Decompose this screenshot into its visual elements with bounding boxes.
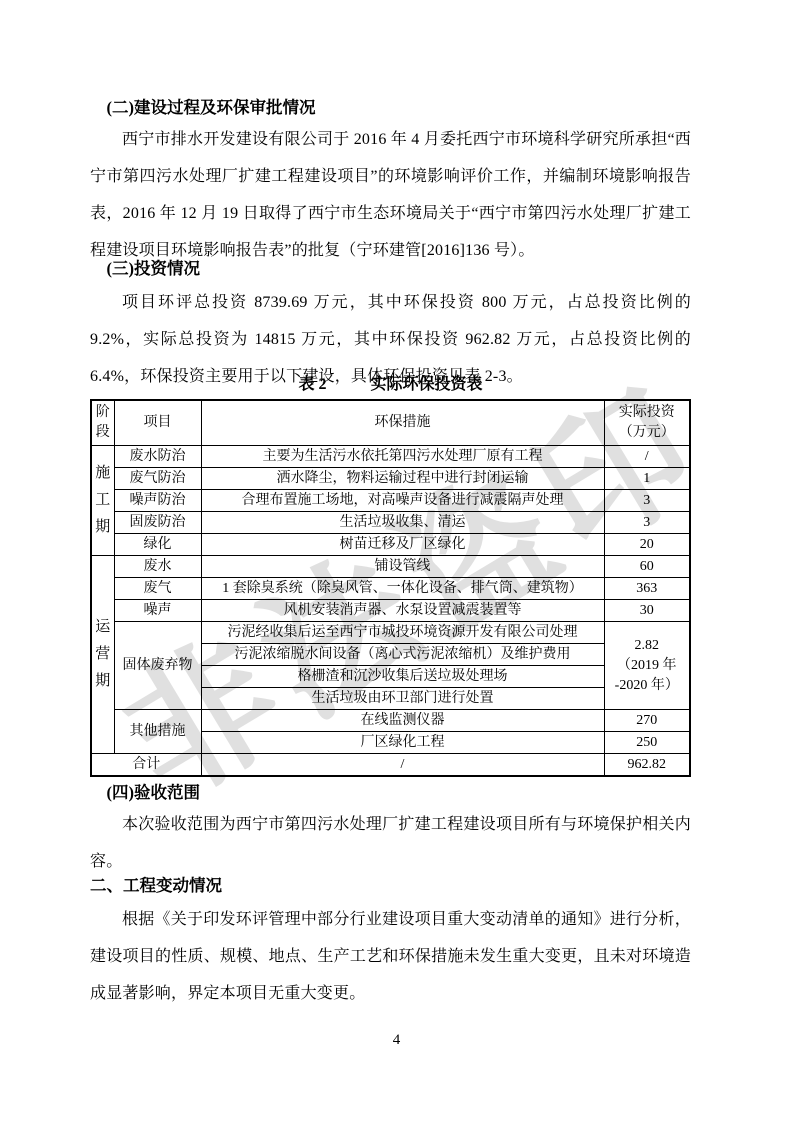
measure-cell: 污泥经收集后运至西宁市城投环境资源开发有限公司处理: [201, 622, 604, 644]
table-caption: 表 2实际环保投资表: [90, 374, 691, 396]
table-caption-label: 表 2: [298, 376, 326, 393]
table-row: 运营期 废水 铺设管线 60: [91, 556, 690, 578]
main-section-body-wrap: 根据《关于印发环评管理中部分行业建设项目重大变动清单的通知》进行分析，建设项目的…: [90, 901, 691, 1012]
table-header-row: 阶段 项目 环保措施 实际投资 （万元）: [91, 400, 690, 446]
section-3-heading-wrap: (三)投资情况: [90, 257, 691, 281]
table-row: 噪声 风机安装消声器、水泵设置减震装置等 30: [91, 600, 690, 622]
table-row: 废气防治 洒水降尘，物料运输过程中进行封闭运输 1: [91, 468, 690, 490]
investment-cell-solid-waste: 2.82 （2019 年 -2020 年）: [604, 622, 690, 710]
item-cell: 废水防治: [114, 446, 201, 468]
section-heading: (二)建设过程及环保审批情况: [90, 96, 691, 120]
main-section-heading-wrap: 二、工程变动情况: [90, 874, 691, 898]
item-cell: 废水: [114, 556, 201, 578]
header-cell-stage: 阶段: [91, 400, 114, 446]
table-total-row: 合计 / 962.82: [91, 754, 690, 777]
header-cell-investment: 实际投资 （万元）: [604, 400, 690, 446]
table-row: 绿化 树苗迁移及厂区绿化 20: [91, 534, 690, 556]
investment-table-wrap: 阶段 项目 环保措施 实际投资 （万元） 施工期 废水防治 主要为生活污水依托第…: [90, 399, 691, 777]
section-4-heading-wrap: (四)验收范围: [90, 781, 691, 805]
investment-table: 阶段 项目 环保措施 实际投资 （万元） 施工期 废水防治 主要为生活污水依托第…: [90, 399, 691, 777]
section-2-body-wrap: 西宁市排水开发建设有限公司于 2016 年 4 月委托西宁市环境科学研究所承担“…: [90, 121, 691, 269]
total-measure-cell: /: [201, 754, 604, 777]
measure-cell: 树苗迁移及厂区绿化: [201, 534, 604, 556]
table-row: 固体废弃物 污泥经收集后运至西宁市城投环境资源开发有限公司处理 2.82 （20…: [91, 622, 690, 644]
stage-label: 运营期: [95, 614, 111, 695]
measure-cell: 洒水降尘，物料运输过程中进行封闭运输: [201, 468, 604, 490]
total-label-cell: 合计: [91, 754, 201, 777]
table-row: 废气 1 套除臭系统（除臭风管、一体化设备、排气筒、建筑物） 363: [91, 578, 690, 600]
investment-cell: 3: [604, 490, 690, 512]
measure-cell: 生活垃圾收集、清运: [201, 512, 604, 534]
header-cell-measure: 环保措施: [201, 400, 604, 446]
stage-cell-construction: 施工期: [91, 446, 114, 556]
section-heading: (四)验收范围: [90, 781, 691, 805]
table-row: 噪声防治 合理布置施工场地，对高噪声设备进行减震隔声处理 3: [91, 490, 690, 512]
measure-cell: 格栅渣和沉沙收集后送垃圾处理场: [201, 666, 604, 688]
table-row: 固废防治 生活垃圾收集、清运 3: [91, 512, 690, 534]
investment-cell: 363: [604, 578, 690, 600]
section-heading: 二、工程变动情况: [90, 874, 691, 898]
stage-cell-operation: 运营期: [91, 556, 114, 754]
section-4-body-wrap: 本次验收范围为西宁市第四污水处理厂扩建工程建设项目所有与环境保护相关内容。: [90, 806, 691, 880]
stage-label: 施工期: [95, 460, 111, 541]
measure-cell: 污泥浓缩脱水间设备（离心式污泥浓缩机）及维护费用: [201, 644, 604, 666]
item-cell: 废气: [114, 578, 201, 600]
measure-cell: 1 套除臭系统（除臭风管、一体化设备、排气筒、建筑物）: [201, 578, 604, 600]
item-cell: 固废防治: [114, 512, 201, 534]
header-investment-line1: 实际投资: [607, 403, 688, 423]
paragraph: 西宁市排水开发建设有限公司于 2016 年 4 月委托西宁市环境科学研究所承担“…: [90, 121, 691, 269]
table-row: 其他措施 在线监测仪器 270: [91, 710, 690, 732]
measure-cell: 铺设管线: [201, 556, 604, 578]
item-cell-other-measures: 其他措施: [114, 710, 201, 754]
paragraph: 本次验收范围为西宁市第四污水处理厂扩建工程建设项目所有与环境保护相关内容。: [90, 806, 691, 880]
item-cell: 噪声防治: [114, 490, 201, 512]
item-cell-solid-waste: 固体废弃物: [114, 622, 201, 710]
investment-cell: 30: [604, 600, 690, 622]
table-row: 施工期 废水防治 主要为生活污水依托第四污水处理厂原有工程 /: [91, 446, 690, 468]
investment-cell: 3: [604, 512, 690, 534]
paragraph: 根据《关于印发环评管理中部分行业建设项目重大变动清单的通知》进行分析，建设项目的…: [90, 901, 691, 1012]
measure-cell: 生活垃圾由环卫部门进行处置: [201, 688, 604, 710]
measure-cell: 合理布置施工场地，对高噪声设备进行减震隔声处理: [201, 490, 604, 512]
investment-cell: 60: [604, 556, 690, 578]
total-investment-cell: 962.82: [604, 754, 690, 777]
item-cell: 绿化: [114, 534, 201, 556]
section-heading: (三)投资情况: [90, 257, 691, 281]
item-cell: 废气防治: [114, 468, 201, 490]
page-number: 4: [0, 1032, 793, 1049]
measure-cell: 主要为生活污水依托第四污水处理厂原有工程: [201, 446, 604, 468]
measure-cell: 厂区绿化工程: [201, 732, 604, 754]
header-investment-line2: （万元）: [607, 423, 688, 443]
table-caption-title: 实际环保投资表: [371, 376, 483, 393]
document-page: 非法盗印 (二)建设过程及环保审批情况 西宁市排水开发建设有限公司于 2016 …: [0, 0, 793, 1122]
measure-cell: 风机安装消声器、水泵设置减震装置等: [201, 600, 604, 622]
header-cell-item: 项目: [114, 400, 201, 446]
investment-cell: 1: [604, 468, 690, 490]
item-cell: 噪声: [114, 600, 201, 622]
section-2-heading-wrap: (二)建设过程及环保审批情况: [90, 96, 691, 120]
investment-cell: 20: [604, 534, 690, 556]
investment-cell: 250: [604, 732, 690, 754]
investment-cell: /: [604, 446, 690, 468]
investment-cell: 270: [604, 710, 690, 732]
measure-cell: 在线监测仪器: [201, 710, 604, 732]
